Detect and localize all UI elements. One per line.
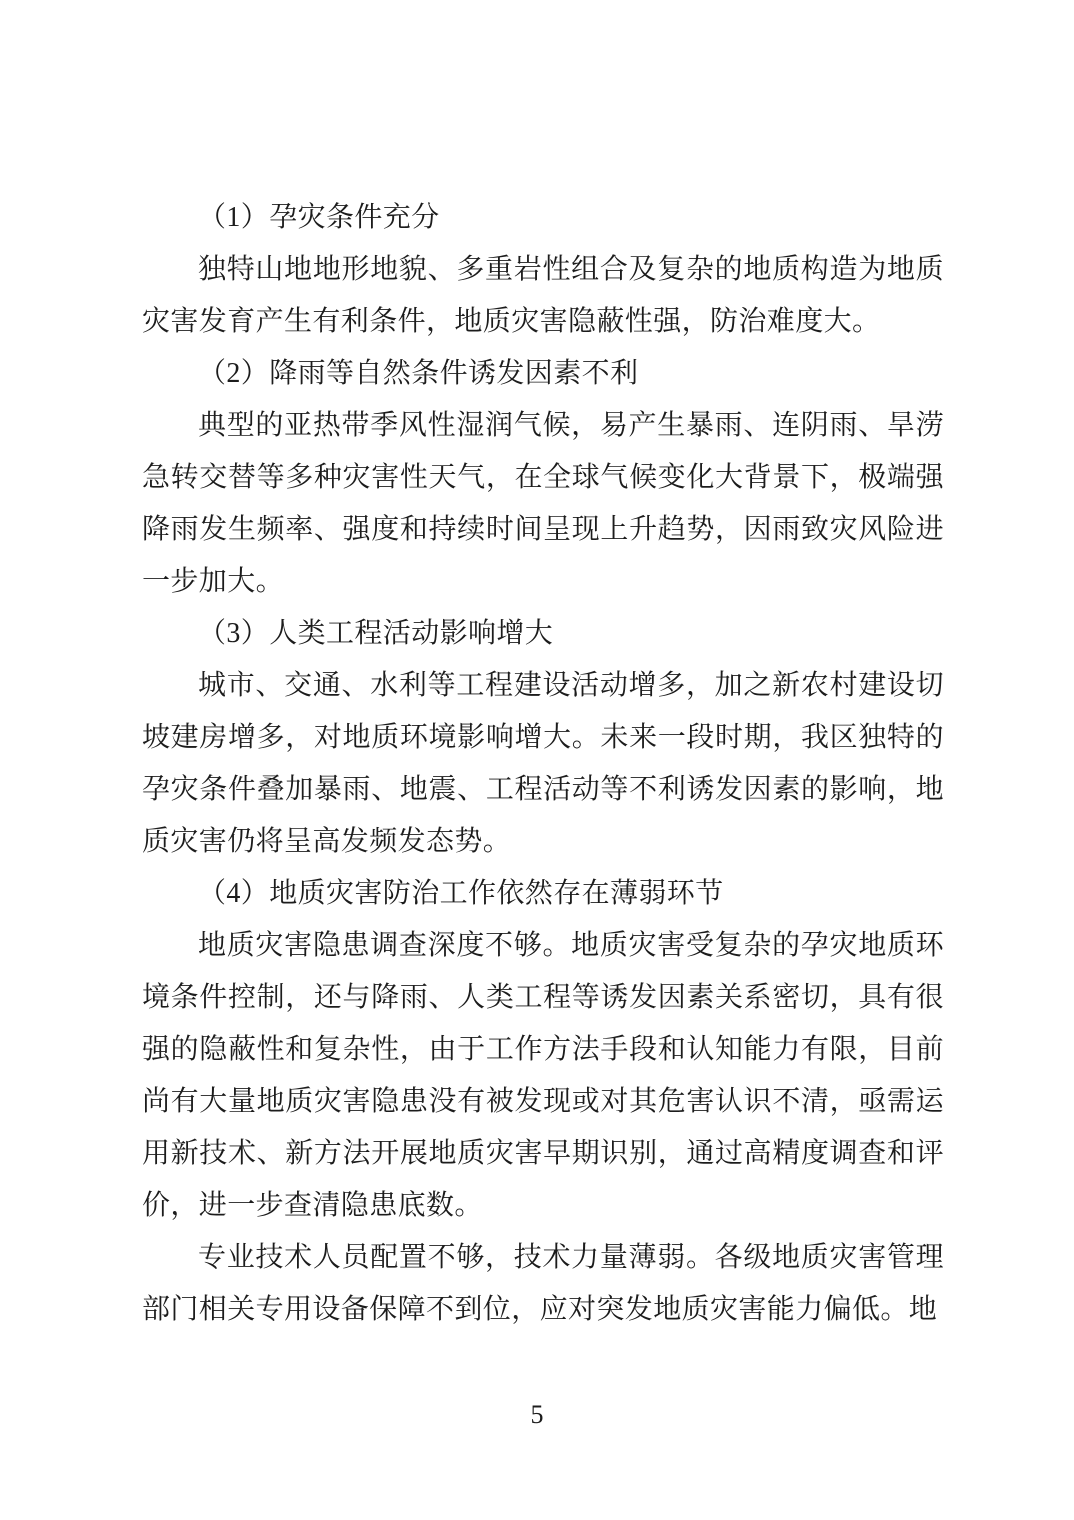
body-paragraph-3: 城市、交通、水利等工程建设活动增多，加之新农村建设切坡建房增多，对地质环境影响增… — [142, 660, 944, 868]
section-heading-2: （2）降雨等自然条件诱发因素不利 — [142, 348, 944, 400]
document-page: （1）孕灾条件充分 独特山地地形地貌、多重岩性组合及复杂的地质构造为地质灾害发育… — [0, 0, 1074, 1520]
body-paragraph-1: 独特山地地形地貌、多重岩性组合及复杂的地质构造为地质灾害发育产生有利条件，地质灾… — [142, 244, 944, 348]
section-heading-1: （1）孕灾条件充分 — [142, 192, 944, 244]
section-heading-3: （3）人类工程活动影响增大 — [142, 608, 944, 660]
page-number: 5 — [0, 1398, 1074, 1432]
body-paragraph-4: 地质灾害隐患调查深度不够。地质灾害受复杂的孕灾地质环境条件控制，还与降雨、人类工… — [142, 920, 944, 1232]
body-paragraph-5: 专业技术人员配置不够，技术力量薄弱。各级地质灾害管理部门相关专用设备保障不到位，… — [142, 1232, 944, 1336]
body-paragraph-2: 典型的亚热带季风性湿润气候，易产生暴雨、连阴雨、旱涝急转交替等多种灾害性天气，在… — [142, 400, 944, 608]
document-body: （1）孕灾条件充分 独特山地地形地貌、多重岩性组合及复杂的地质构造为地质灾害发育… — [142, 192, 944, 1336]
section-heading-4: （4）地质灾害防治工作依然存在薄弱环节 — [142, 868, 944, 920]
